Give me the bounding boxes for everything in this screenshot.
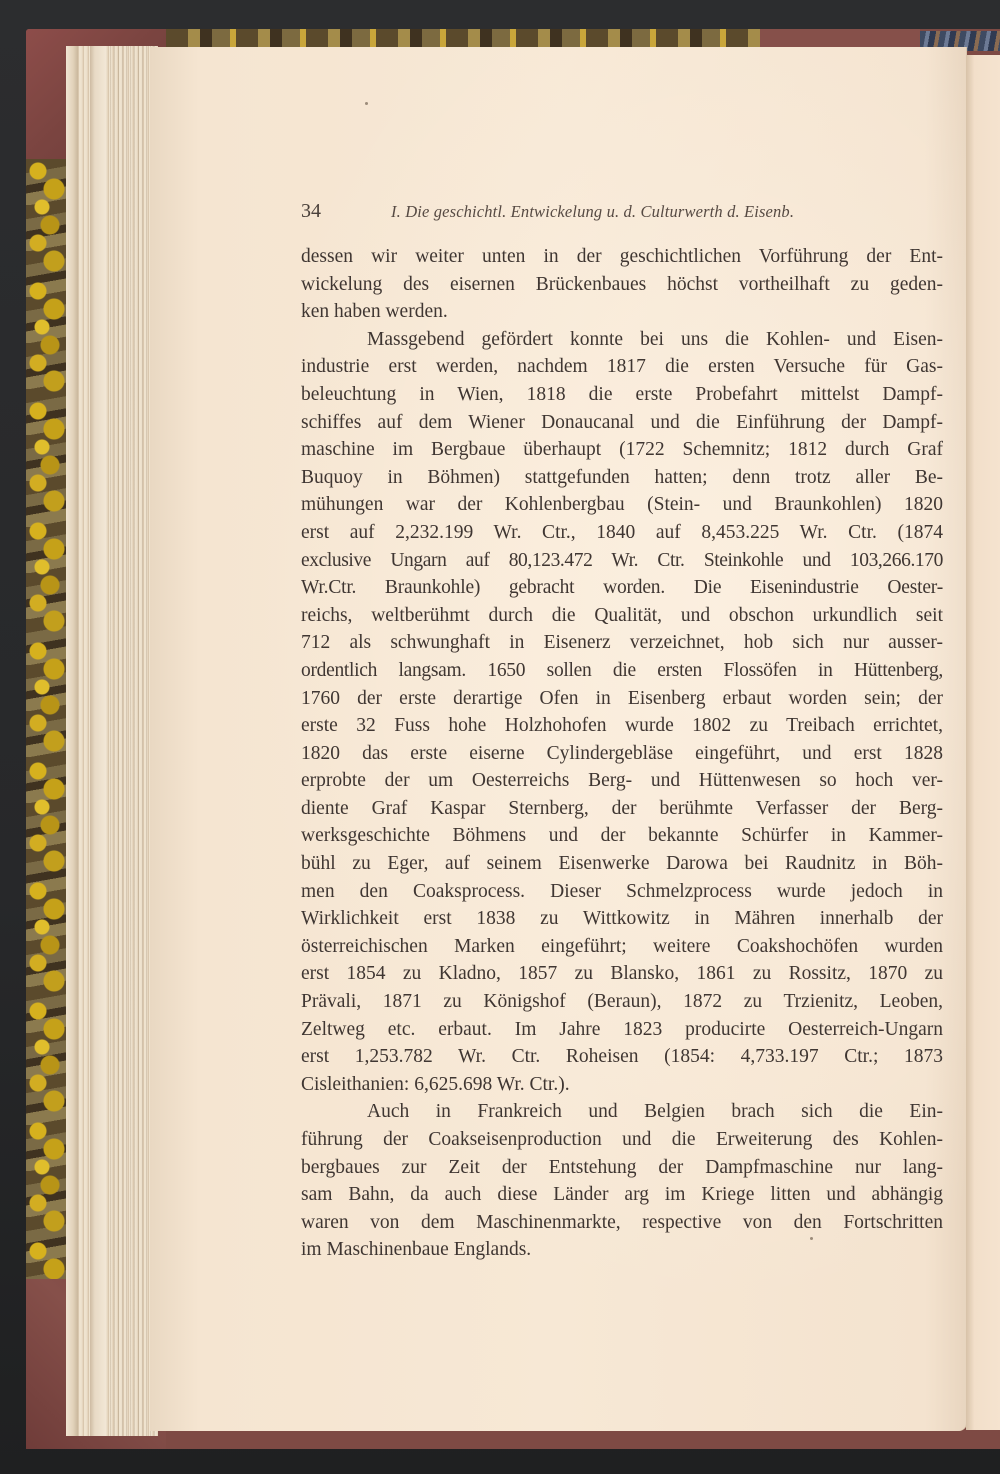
- page-fold: [90, 46, 106, 1436]
- text-line: beleuchtung in Wien, 1818 die erste Prob…: [301, 381, 943, 409]
- text-line: 1760 der erste derartige Ofen in Eisenbe…: [301, 685, 943, 713]
- text-line: österreichischen Marken eingeführt; weit…: [301, 933, 943, 961]
- text-line: erprobte der um Oesterreichs Berg- und H…: [301, 767, 943, 795]
- text-block: 34 I. Die geschichtl. Entwickelung u. d.…: [301, 195, 943, 1264]
- text-line: ken haben werden.: [301, 298, 943, 326]
- text-line: men den Coaksprocess. Dieser Schmelzproc…: [301, 878, 943, 906]
- text-line: Wr.Ctr. Braunkohle) gebracht worden. Die…: [301, 574, 943, 602]
- text-line: mühungen war der Kohlenbergbau (Stein- u…: [301, 491, 943, 519]
- text-line: maschine im Bergbaue überhaupt (1722 Sch…: [301, 436, 943, 464]
- text-line: wickelung des eisernen Brückenbaues höch…: [301, 271, 943, 299]
- text-line: Wirklichkeit erst 1838 zu Wittkowitz in …: [301, 905, 943, 933]
- text-line: bergbaues zur Zeit der Entstehung der Da…: [301, 1154, 943, 1182]
- text-line: sam Bahn, da auch diese Länder arg im Kr…: [301, 1181, 943, 1209]
- text-line: diente Graf Kaspar Sternberg, der berühm…: [301, 795, 943, 823]
- text-line: 712 als schwunghaft in Eisenerz verzeich…: [301, 629, 943, 657]
- text-line: erste 32 Fuss hohe Holzhohofen wurde 180…: [301, 712, 943, 740]
- page-number: 34: [301, 195, 321, 227]
- text-line: erst auf 2,232.199 Wr. Ctr., 1840 auf 8,…: [301, 519, 943, 547]
- text-line: Auch in Frankreich und Belgien brach sic…: [301, 1098, 943, 1126]
- marbled-board-top: [166, 29, 806, 47]
- paragraph: Auch in Frankreich und Belgien brach sic…: [301, 1098, 943, 1264]
- text-line: dessen wir weiter unten in der geschicht…: [301, 243, 943, 271]
- text-line: erst 1854 zu Kladno, 1857 zu Blansko, 18…: [301, 960, 943, 988]
- text-line: Cisleithanien: 6,625.698 Wr. Ctr.).: [301, 1071, 943, 1099]
- text-line: ordentlich langsam. 1650 sollen die erst…: [301, 657, 943, 685]
- text-line: erst 1,253.782 Wr. Ctr. Roheisen (1854: …: [301, 1043, 943, 1071]
- text-line: schiffes auf dem Wiener Donaucanal und d…: [301, 409, 943, 437]
- text-line: Prävali, 1871 zu Königshof (Beraun), 187…: [301, 988, 943, 1016]
- text-line: bühl zu Eger, auf seinem Eisenwerke Daro…: [301, 850, 943, 878]
- book-page: 34 I. Die geschichtl. Entwickelung u. d.…: [150, 47, 966, 1431]
- paragraph: Massgebend gefördert konnte bei uns die …: [301, 326, 943, 1099]
- text-line: reichs, weltberühmt durch die Qualität, …: [301, 602, 943, 630]
- paper-speck: [365, 102, 368, 105]
- page-fold: [66, 46, 78, 1436]
- running-head: 34 I. Die geschichtl. Entwickelung u. d.…: [301, 195, 943, 227]
- text-line: führung der Coakseisenproduction und die…: [301, 1126, 943, 1154]
- marbled-board-left: [26, 159, 66, 1279]
- text-line: industrie erst werden, nachdem 1817 die …: [301, 353, 943, 381]
- page-stack-edges: [66, 46, 158, 1436]
- text-line: Zeltweg etc. erbaut. Im Jahre 1823 produ…: [301, 1016, 943, 1044]
- text-line: Massgebend gefördert konnte bei uns die …: [301, 326, 943, 354]
- text-line: 1820 das erste eiserne Cylindergebläse e…: [301, 740, 943, 768]
- text-line: waren von dem Maschinenmarkte, respectiv…: [301, 1209, 943, 1237]
- text-line: Buquoy in Böhmen) stattgefunden hatten; …: [301, 464, 943, 492]
- text-line: im Maschinenbaue Englands.: [301, 1236, 943, 1264]
- adjacent-page-edge: [966, 55, 1000, 1430]
- running-head-title: I. Die geschichtl. Entwickelung u. d. Cu…: [391, 196, 794, 228]
- leather-spine-top: [760, 29, 920, 49]
- text-line: werksgeschichte Böhmens und der bekannte…: [301, 822, 943, 850]
- scan-background: 34 I. Die geschichtl. Entwickelung u. d.…: [0, 0, 1000, 1474]
- body-text: dessen wir weiter unten in der geschicht…: [301, 243, 943, 1264]
- paragraph: dessen wir weiter unten in der geschicht…: [301, 243, 943, 326]
- text-line: exclusive Ungarn auf 80,123.472 Wr. Ctr.…: [301, 547, 943, 575]
